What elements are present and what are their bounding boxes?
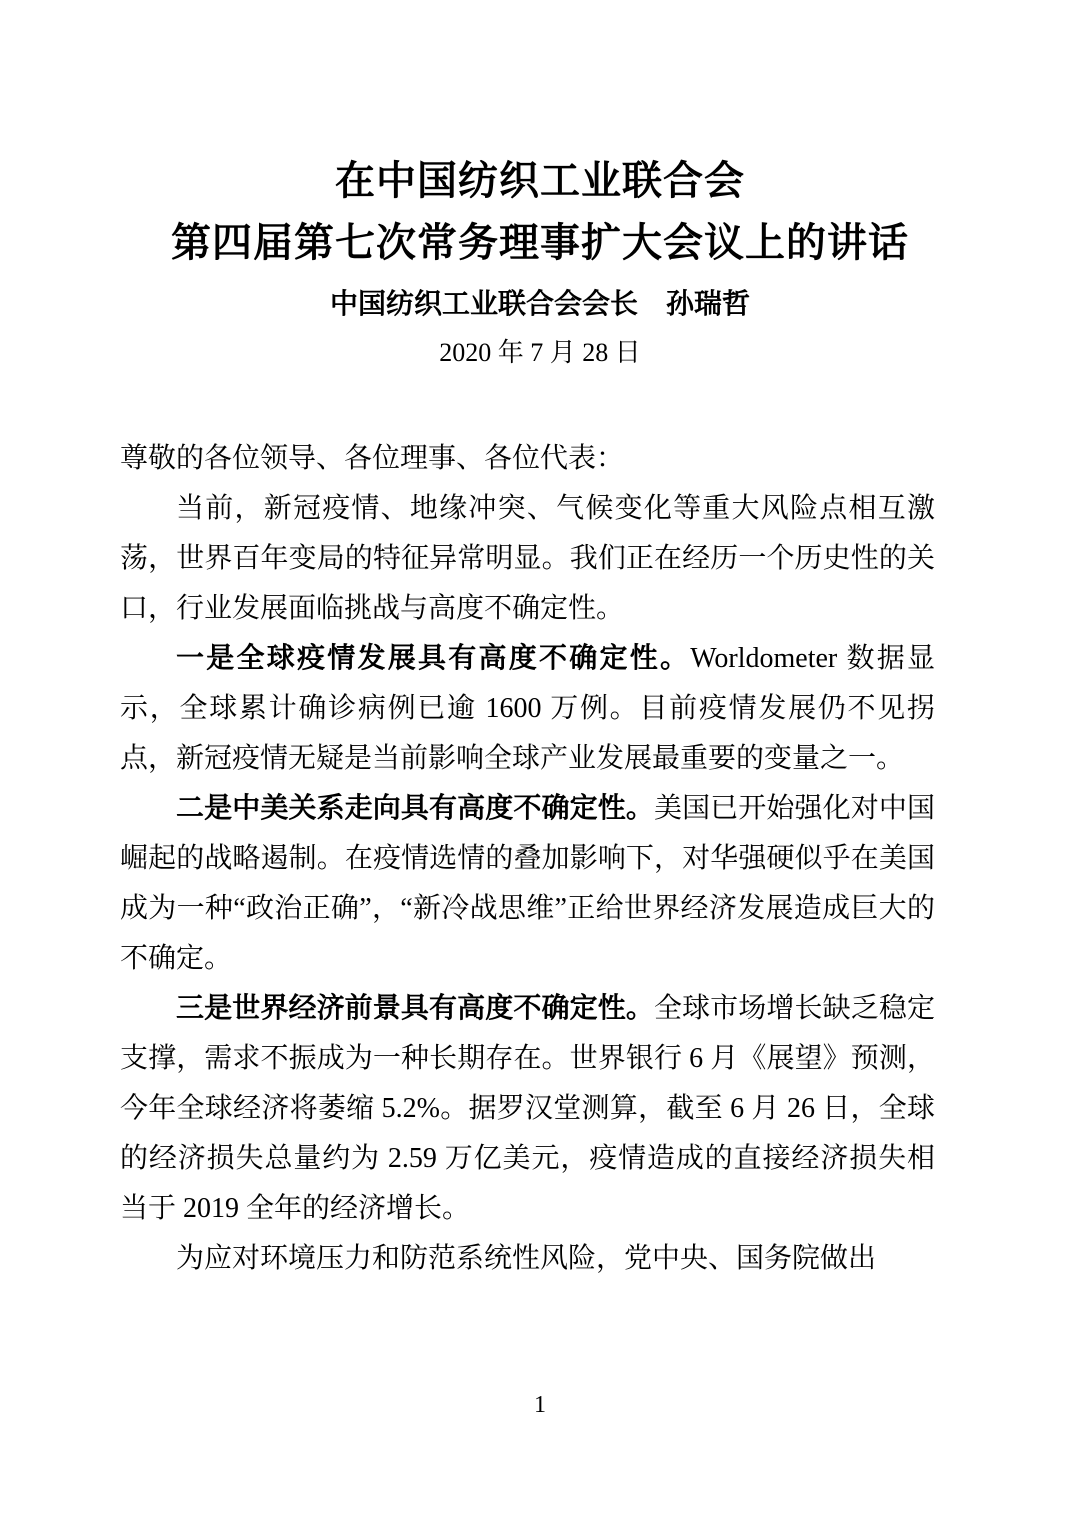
document-author: 中国纺织工业联合会会长 孙瑞哲 [0,286,1080,324]
paragraph-5: 为应对环境压力和防范系统性风险，党中央、国务院做出 [120,1234,935,1284]
paragraph-4-text: 全球市场增长缺乏稳定支撑，需求不振成为一种长期存在。世界银行 6 月《展望》预测… [120,993,935,1224]
paragraph-2-lead: 一是全球疫情发展具有高度不确定性。 [176,643,690,674]
page-number: 1 [0,1390,1080,1420]
document-header: 在中国纺织工业联合会 第四届第七次常务理事扩大会议上的讲话 中国纺织工业联合会会… [0,0,1080,372]
paragraph-2: 一是全球疫情发展具有高度不确定性。Worldometer 数据显示，全球累计确诊… [120,634,935,784]
document-date: 2020 年 7 月 28 日 [0,334,1080,372]
document-title-line1: 在中国纺织工业联合会 [0,150,1080,212]
document-body: 尊敬的各位领导、各位理事、各位代表： 当前，新冠疫情、地缘冲突、气候变化等重大风… [120,434,935,1284]
paragraph-1-text: 当前，新冠疫情、地缘冲突、气候变化等重大风险点相互激荡，世界百年变局的特征异常明… [120,493,935,624]
paragraph-5-text: 为应对环境压力和防范系统性风险，党中央、国务院做出 [176,1243,876,1274]
paragraph-3-lead: 二是中美关系走向具有高度不确定性。 [176,793,654,824]
paragraph-1: 当前，新冠疫情、地缘冲突、气候变化等重大风险点相互激荡，世界百年变局的特征异常明… [120,484,935,634]
document-title-line2: 第四届第七次常务理事扩大会议上的讲话 [0,212,1080,274]
document-page: 在中国纺织工业联合会 第四届第七次常务理事扩大会议上的讲话 中国纺织工业联合会会… [0,0,1080,1527]
paragraph-3: 二是中美关系走向具有高度不确定性。美国已开始强化对中国崛起的战略遏制。在疫情选情… [120,784,935,984]
salutation: 尊敬的各位领导、各位理事、各位代表： [120,434,935,484]
paragraph-4-lead: 三是世界经济前景具有高度不确定性。 [176,993,654,1024]
paragraph-4: 三是世界经济前景具有高度不确定性。全球市场增长缺乏稳定支撑，需求不振成为一种长期… [120,984,935,1234]
